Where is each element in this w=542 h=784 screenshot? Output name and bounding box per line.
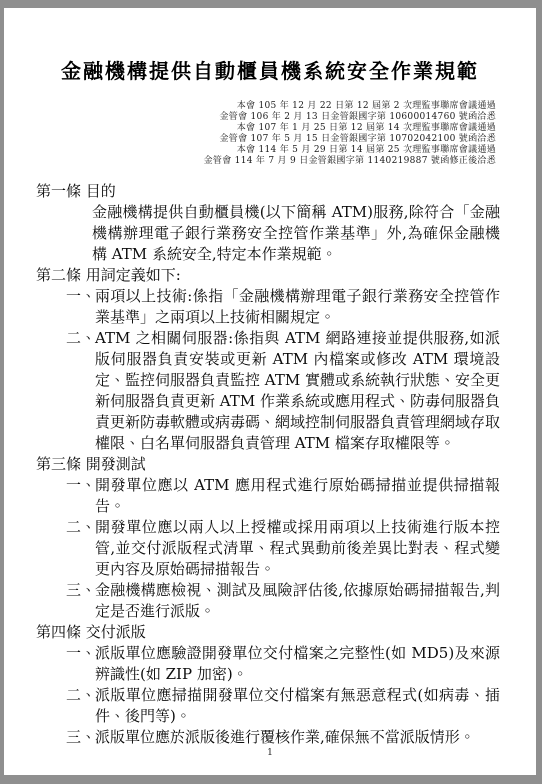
list-item-text: ATM 之相關伺服器:係指與 ATM 網路連接並提供服務,如派版伺服器負責安裝或… <box>95 329 500 452</box>
revision-note: 本會 105 年 12 月 22 日第 12 屆第 2 次理監事聯席會議通過 <box>4 101 496 112</box>
article-4: 第四條 交付派版 一、派版單位應驗證開發單位交付檔案之完整性(如 MD5)及來源… <box>36 622 500 748</box>
list-item-text: 派版單位應掃描開發單位交付檔案有無惡意程式(如病毒、插件、後門等)。 <box>95 686 500 725</box>
document-page: 金融機構提供自動櫃員機系統安全作業規範 本會 105 年 12 月 22 日第 … <box>4 8 536 775</box>
list-item-number: 二、 <box>66 328 96 349</box>
document-title: 金融機構提供自動櫃員機系統安全作業規範 <box>4 57 536 85</box>
list-item: 一、開發單位應以 ATM 應用程式進行原始碼掃描並提供掃描報告。 <box>95 475 500 517</box>
revision-note: 本會 107 年 1 月 25 日第 12 屆第 14 次理監事聯席會議通過 <box>4 123 496 134</box>
list-item-text: 派版單位應於派版後進行覆核作業,確保無不當派版情形。 <box>95 728 475 746</box>
page-number: 1 <box>4 748 536 758</box>
list-item-number: 三、 <box>66 580 96 601</box>
list-item: 二、ATM 之相關伺服器:係指與 ATM 網路連接並提供服務,如派版伺服器負責安… <box>95 328 500 454</box>
article-3: 第三條 開發測試 一、開發單位應以 ATM 應用程式進行原始碼掃描並提供掃描報告… <box>36 454 500 622</box>
list-item: 二、派版單位應掃描開發單位交付檔案有無惡意程式(如病毒、插件、後門等)。 <box>95 685 500 727</box>
article-1: 第一條 目的 金融機構提供自動櫃員機(以下簡稱 ATM)服務,除符合「金融機構辦… <box>36 181 500 265</box>
list-item-number: 二、 <box>66 685 96 706</box>
article-heading: 第四條 交付派版 <box>36 622 500 643</box>
list-item-text: 開發單位應以 ATM 應用程式進行原始碼掃描並提供掃描報告。 <box>95 476 500 515</box>
list-item: 三、金融機構應檢視、測試及風險評估後,依據原始碼掃描報告,判定是否進行派版。 <box>95 580 500 622</box>
list-item-text: 兩項以上技術:係指「金融機構辦理電子銀行業務安全控管作業基準」之兩項以上技術相關… <box>95 287 500 326</box>
article-heading: 第三條 開發測試 <box>36 454 500 475</box>
list-item-number: 一、 <box>66 643 96 664</box>
list-item-number: 一、 <box>66 286 96 307</box>
revision-note: 金管會 114 年 7 月 9 日金管銀國字第 1140219887 號函修正後… <box>4 156 496 167</box>
list-item: 二、開發單位應以兩人以上授權或採用兩項以上技術進行版本控管,並交付派版程式清單、… <box>95 517 500 580</box>
list-item-number: 三、 <box>66 727 96 748</box>
list-item: 三、派版單位應於派版後進行覆核作業,確保無不當派版情形。 <box>95 727 500 748</box>
list-item-text: 金融機構應檢視、測試及風險評估後,依據原始碼掃描報告,判定是否進行派版。 <box>95 581 500 620</box>
article-2: 第二條 用詞定義如下: 一、兩項以上技術:係指「金融機構辦理電子銀行業務安全控管… <box>36 265 500 454</box>
list-item-text: 派版單位應驗證開發單位交付檔案之完整性(如 MD5)及來源辨識性(如 ZIP 加… <box>95 644 500 683</box>
list-item: 一、派版單位應驗證開發單位交付檔案之完整性(如 MD5)及來源辨識性(如 ZIP… <box>95 643 500 685</box>
list-item: 一、兩項以上技術:係指「金融機構辦理電子銀行業務安全控管作業基準」之兩項以上技術… <box>95 286 500 328</box>
revision-history: 本會 105 年 12 月 22 日第 12 屆第 2 次理監事聯席會議通過 金… <box>4 101 536 167</box>
list-item-number: 一、 <box>66 475 96 496</box>
article-heading: 第二條 用詞定義如下: <box>36 265 500 286</box>
revision-note: 金管會 106 年 2 月 13 日金管銀國字第 10600014760 號函洽… <box>4 112 496 123</box>
article-paragraph: 金融機構提供自動櫃員機(以下簡稱 ATM)服務,除符合「金融機構辦理電子銀行業務… <box>92 202 500 265</box>
list-item-number: 二、 <box>66 517 96 538</box>
revision-note: 本會 114 年 5 月 29 日第 14 屆第 25 次理監事聯席會議通過 <box>4 145 496 156</box>
document-body: 第一條 目的 金融機構提供自動櫃員機(以下簡稱 ATM)服務,除符合「金融機構辦… <box>4 181 536 748</box>
pdf-viewer-background: 金融機構提供自動櫃員機系統安全作業規範 本會 105 年 12 月 22 日第 … <box>0 0 542 784</box>
revision-note: 金管會 107 年 5 月 15 日金管銀國字第 10702042100 號函洽… <box>4 134 496 145</box>
list-item-text: 開發單位應以兩人以上授權或採用兩項以上技術進行版本控管,並交付派版程式清單、程式… <box>95 518 500 578</box>
article-heading: 第一條 目的 <box>36 181 500 202</box>
